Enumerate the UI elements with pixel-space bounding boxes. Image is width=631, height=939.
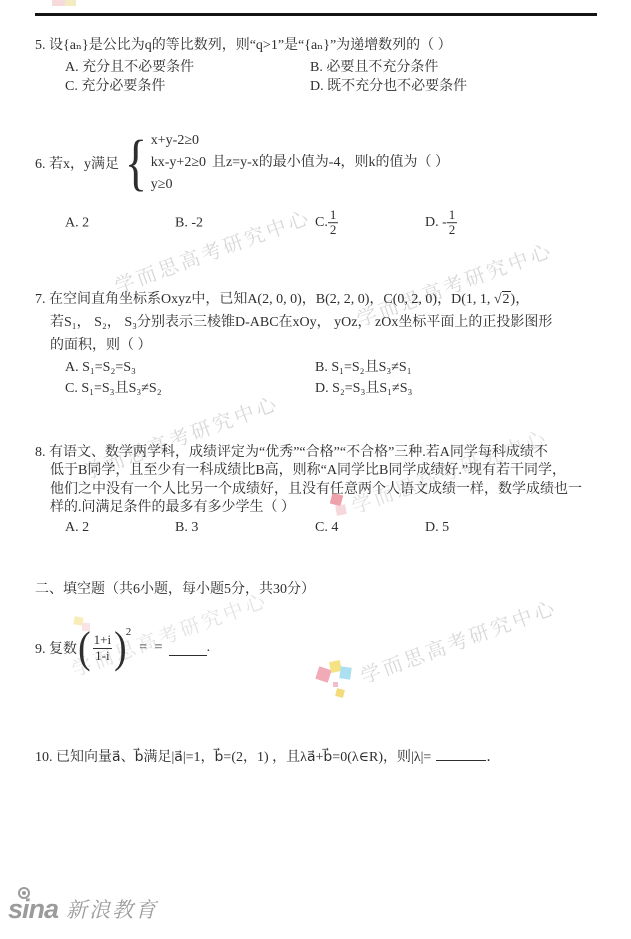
q8-option-a: A. 2 [65, 518, 89, 537]
q5-option-c: C. 充分必要条件 [65, 77, 165, 96]
open-paren: ( [78, 626, 90, 670]
q6-option-c: C. 12 [315, 208, 338, 238]
q9-lead: 9. 复数 [35, 638, 77, 658]
fraction-denominator: 2 [328, 223, 339, 238]
q9-equals: = = [139, 640, 164, 656]
question-9: 9. 复数 ( 1+i1-i ) 2 = = . [35, 626, 210, 670]
q7-option-a: A. S₁=S₂=S₃ [65, 358, 136, 377]
q6-option-b: B. -2 [175, 214, 203, 233]
q5-stem: 5. 设{aₙ}是公比为q的等比数列，则“q>1”是“{aₙ}”为递增数列的（ … [35, 36, 452, 55]
q8-option-c: C. 4 [315, 518, 338, 537]
sina-wordmark: sina [8, 894, 58, 924]
q6-row-2: kx-y+2≥0且z=y-x的最小值为-4，则k的值为（ ） [151, 152, 449, 174]
sina-logo: sina 新浪教育 [8, 894, 158, 924]
q5-options-cd: C. 充分必要条件 D. 既不充分也不必要条件 [0, 77, 631, 96]
confetti-mark [339, 666, 352, 679]
q7-option-d: D. S₂=S₃且S₁≠S₃ [315, 379, 412, 398]
radical-sign: √ [494, 292, 502, 307]
confetti-mark [315, 666, 331, 682]
watermark-text: 学而思高考研究中心 [356, 591, 560, 689]
q7-options-cd: C. S₁=S₃且S₃≠S₂ D. S₂=S₃且S₁≠S₃ [0, 379, 631, 398]
q6-tail: 且z=y-x的最小值为-4，则k的值为（ ） [212, 155, 449, 170]
question-10: 10. 已知向量a⃗、b⃗满足|a⃗|=1，b⃗=(2，1) ，且λa⃗+b⃗=… [35, 746, 500, 766]
fraction-numerator: 1+i [92, 633, 113, 647]
section2-title: 二、填空题（共6小题，每小题5分，共30分） [35, 580, 315, 599]
q10-stem: 10. 已知向量a⃗、b⃗满足|a⃗|=1，b⃗=(2，1) ，且λa⃗+b⃗=… [35, 746, 431, 766]
q7-line1-end: )， [511, 292, 530, 307]
q5-options-ab: A. 充分且不必要条件 B. 必要且不充分条件 [0, 58, 631, 77]
q6-inequality-3: y≥0 [151, 174, 449, 196]
complex-fraction: 1+i1-i [92, 633, 113, 663]
fraction-one-half: 12 [447, 208, 458, 238]
confetti-mark [65, 0, 76, 6]
q8-line1: 8. 有语文、数学两学科，成绩评定为“优秀”“合格”“不合格”三种.若A同学每科… [35, 443, 548, 462]
confetti-mark [52, 0, 65, 6]
q5-option-b: B. 必要且不充分条件 [310, 58, 438, 77]
fraction-one-half: 12 [328, 208, 339, 238]
q6-option-a: A. 2 [65, 214, 89, 233]
q9-answer-blank [169, 641, 207, 656]
q8-line2: 低于B同学，且至少有一科成绩比B高，则称“A同学比B同学成绩好.”现有若干同学， [50, 461, 566, 480]
exam-page: 学而思高考研究中心 学而思高考研究中心 学而思高考研究中心 学而思高考研究中心 … [0, 0, 631, 939]
q7-line1: 7. 在空间直角坐标系Oxyz中，已知A(2, 0, 0)，B(2, 2, 0)… [35, 290, 529, 309]
q10-answer-blank [436, 746, 486, 761]
q6-system: x+y-2≥0 kx-y+2≥0且z=y-x的最小值为-4，则k的值为（ ） y… [151, 130, 449, 196]
q8-line4: 样的.问满足条件的最多有多少学生（ ） [50, 498, 295, 517]
system-brace: { [125, 130, 147, 196]
sina-eye-icon [18, 887, 30, 899]
exponent: 2 [126, 626, 132, 638]
q5-option-a: A. 充分且不必要条件 [65, 58, 194, 77]
q7-option-c: C. S₁=S₃且S₃≠S₂ [65, 379, 162, 398]
sqrt-expression: √2 [494, 291, 511, 307]
header-rule [35, 13, 597, 16]
q7-option-b: B. S₁=S₂且S₃≠S₁ [315, 358, 412, 377]
confetti-mark [333, 682, 338, 687]
fraction-denominator: 1-i [93, 648, 111, 663]
q8-option-b: B. 3 [175, 518, 198, 537]
q7-options-ab: A. S₁=S₂=S₃ B. S₁=S₂且S₃≠S₁ [0, 358, 631, 377]
q10-period: ． [486, 746, 500, 766]
q6-inequality-2: kx-y+2≥0 [151, 155, 206, 170]
q6-lead: 6. 若x，y满足 [35, 153, 119, 173]
q6-option-d-label: D. - [425, 214, 447, 233]
q9-period: . [207, 640, 211, 656]
q6-options: A. 2 B. -2 C. 12 D. -12 [0, 204, 631, 242]
fraction-numerator: 1 [328, 208, 339, 222]
fraction-numerator: 1 [447, 208, 458, 222]
q8-option-d: D. 5 [425, 518, 449, 537]
q6-option-d: D. -12 [425, 208, 457, 238]
confetti-mark [335, 504, 347, 516]
q7-line3: 的面积，则（ ） [50, 336, 152, 355]
q6-inequality-1: x+y-2≥0 [151, 130, 449, 152]
fraction-denominator: 2 [447, 223, 458, 238]
q8-options: A. 2 B. 3 C. 4 D. 5 [0, 518, 631, 537]
confetti-mark [335, 688, 345, 698]
q8-line3: 他们之中没有一个人比另一个成绩好，且没有任意两个人语文成绩一样，数学成绩也一 [50, 480, 582, 499]
q7-line2: 若S₁， S₂， S₃分别表示三棱锥D-ABC在xOy， yOz， zOx坐标平… [50, 313, 552, 332]
radicand: 2 [502, 291, 511, 307]
q5-option-d: D. 既不充分也不必要条件 [310, 77, 467, 96]
sina-brand-text: 新浪教育 [66, 898, 158, 924]
q6-option-c-label: C. [315, 214, 328, 233]
q7-line1-text: 7. 在空间直角坐标系Oxyz中，已知A(2, 0, 0)，B(2, 2, 0)… [35, 292, 494, 307]
